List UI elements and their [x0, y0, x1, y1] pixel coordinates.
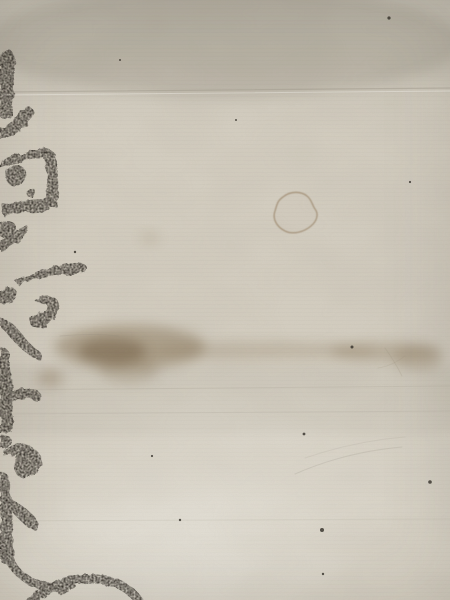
photo-grain-overlay [0, 0, 450, 600]
document-photo [0, 0, 450, 600]
document-art [0, 0, 450, 600]
